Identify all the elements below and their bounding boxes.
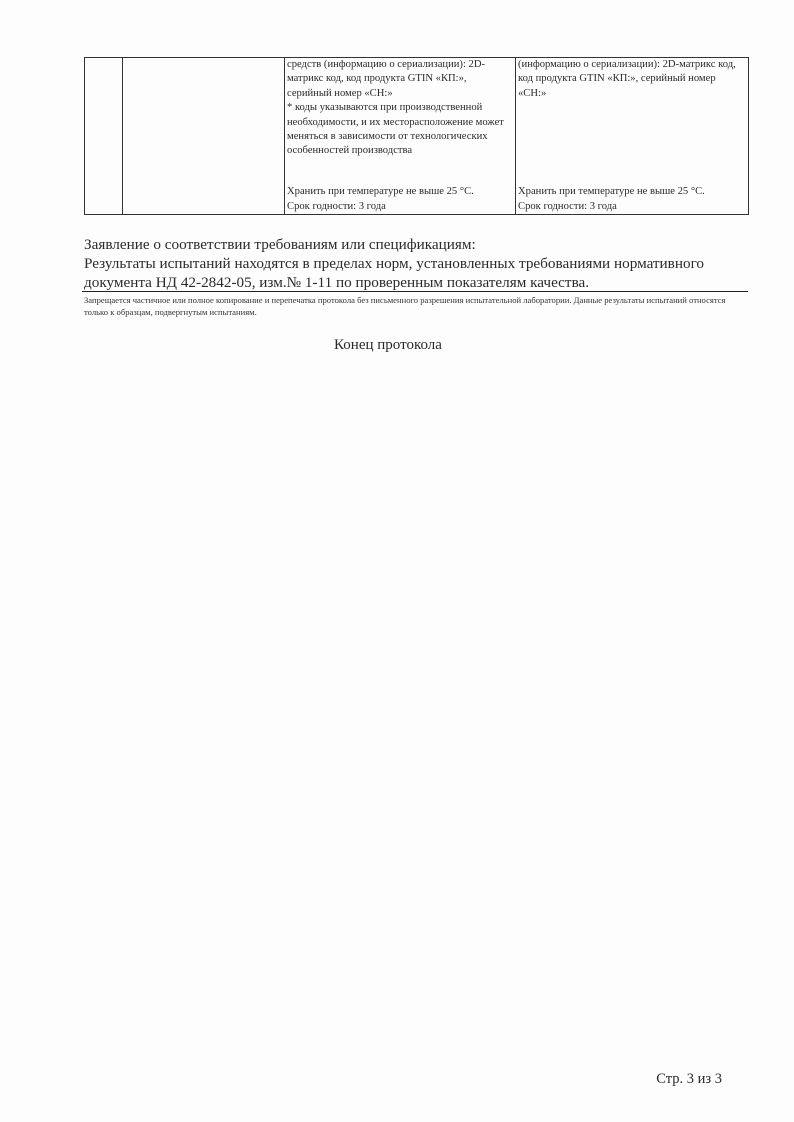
requirements-storage: Хранить при температуре не выше 25 °С. С…: [287, 185, 513, 214]
statement-body: Результаты испытаний находятся в предела…: [84, 254, 754, 292]
end-of-protocol: Конец протокола: [0, 337, 794, 354]
specification-table: средств (информацию о сериализации): 2D-…: [84, 57, 749, 215]
table-cell-requirements: средств (информацию о сериализации): 2D-…: [285, 58, 516, 215]
table-row: средств (информацию о сериализации): 2D-…: [85, 58, 749, 215]
page-number: Стр. 3 из 3: [656, 1071, 722, 1088]
statement-heading: Заявление о соответствии требованиям или…: [84, 235, 754, 254]
copy-disclaimer: Запрещается частичное или полное копиров…: [84, 294, 750, 318]
results-storage: Хранить при температуре не выше 25 °С. С…: [518, 185, 746, 214]
table-cell-results: (информацию о сериализации): 2D-матрикс …: [516, 58, 749, 215]
divider-line: [82, 291, 748, 292]
conformity-statement: Заявление о соответствии требованиям или…: [84, 235, 754, 292]
end-of-protocol-label: Конец протокола: [334, 337, 442, 353]
document-page: средств (информацию о сериализации): 2D-…: [0, 0, 794, 1122]
table-cell-number: [85, 58, 123, 215]
table-cell-indicator: [123, 58, 285, 215]
results-text: (информацию о сериализации): 2D-матрикс …: [518, 58, 746, 101]
requirements-text: средств (информацию о сериализации): 2D-…: [287, 58, 513, 159]
